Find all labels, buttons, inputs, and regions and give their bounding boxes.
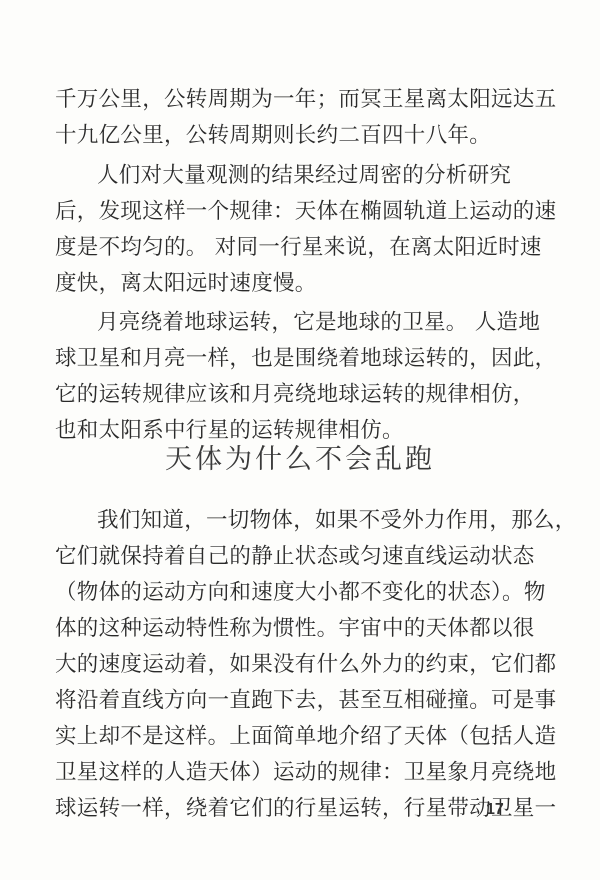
paragraph-4-line-6: 将沿着直线方向一直跑下去，甚至互相碰撞。可是事 xyxy=(55,683,545,719)
paragraph-4-line-4: 体的这种运动特性称为惯性。宇宙中的天体都以很 xyxy=(55,611,545,647)
book-page: 千万公里，公转周期为一年；而冥王星离太阳远达五 十九亿公里，公转周期则长约二百四… xyxy=(0,0,600,880)
paragraph-3-line-2: 球卫星和月亮一样，也是围绕着地球运转的，因此， xyxy=(55,341,545,377)
paragraph-2-line-2: 后，发现这样一个规律：天体在椭圆轨道上运动的速 xyxy=(55,194,545,230)
section-heading: 天体为什么不会乱跑 xyxy=(0,437,600,476)
paragraph-4-line-9: 球运转一样，绕着它们的行星运转，行星带动卫星一 xyxy=(55,791,545,827)
paragraph-3-line-1: 月亮绕着地球运转，它是地球的卫星。 人造地 xyxy=(97,305,545,341)
paragraph-2-line-4: 度快，离太阳远时速度慢。 xyxy=(55,266,545,302)
paragraph-1-line-1: 千万公里，公转周期为一年；而冥王星离太阳远达五 xyxy=(55,82,545,118)
paragraph-4-line-1: 我们知道，一切物体，如果不受外力作用，那么， xyxy=(97,503,545,539)
paragraph-2-line-3: 度是不均匀的。 对同一行星来说，在离太阳近时速 xyxy=(55,230,545,266)
paragraph-4-line-5: 大的速度运动着，如果没有什么外力的约束，它们都 xyxy=(55,647,545,683)
page-number: 17 xyxy=(486,801,504,819)
paragraph-4-line-2: 它们就保持着自己的静止状态或匀速直线运动状态 xyxy=(55,539,545,575)
paragraph-2-line-1: 人们对大量观测的结果经过周密的分析研究 xyxy=(97,158,545,194)
paragraph-4-line-7: 实上却不是这样。上面简单地介绍了天体（包括人造 xyxy=(55,719,545,755)
paragraph-1-line-2: 十九亿公里，公转周期则长约二百四十八年。 xyxy=(55,118,545,154)
paragraph-4-line-3: （物体的运动方向和速度大小都不变化的状态）。物 xyxy=(55,575,545,611)
paragraph-4-line-8: 卫星这样的人造天体）运动的规律：卫星象月亮绕地 xyxy=(55,755,545,791)
paragraph-3-line-3: 它的运转规律应该和月亮绕地球运转的规律相仿， xyxy=(55,377,545,413)
